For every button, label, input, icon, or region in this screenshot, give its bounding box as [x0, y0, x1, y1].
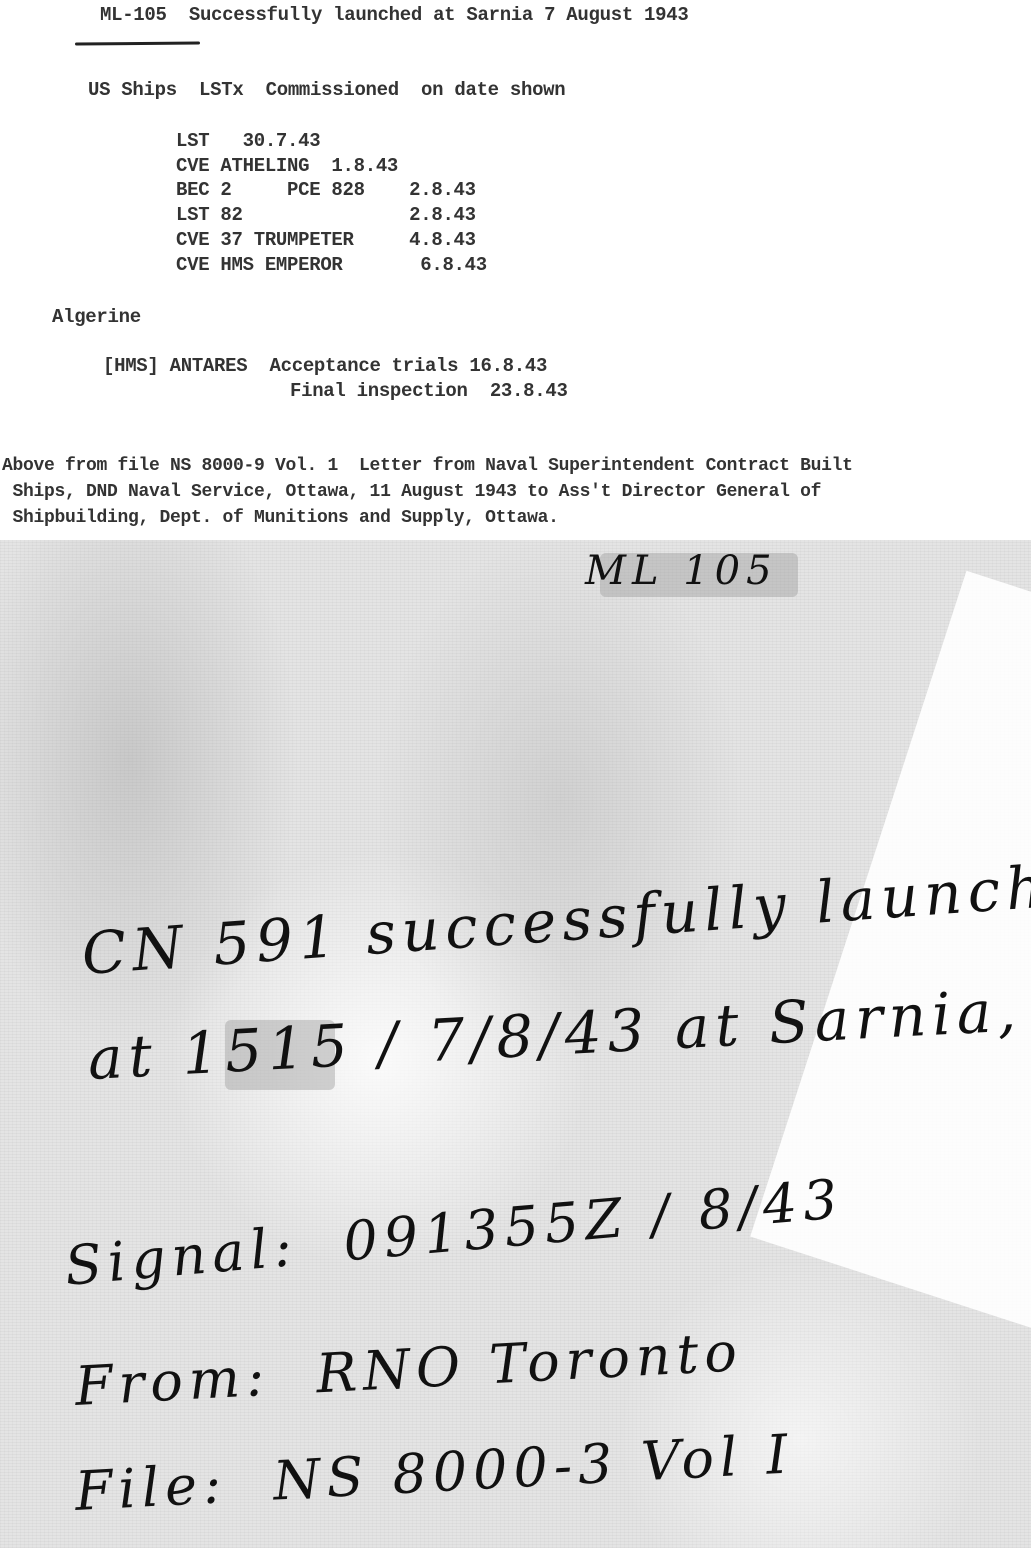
handwritten-label: ML 105 [585, 548, 778, 594]
source-line: Ships, DND Naval Service, Ottawa, 11 Aug… [2, 482, 821, 502]
ship-row: BEC 2 PCE 828 2.8.43 [176, 179, 476, 201]
source-line: Above from file NS 8000-9 Vol. 1 Letter … [2, 456, 853, 476]
ship-row: LST 82 2.8.43 [176, 204, 476, 226]
heading-line: ML-105 Successfully launched at Sarnia 7… [100, 4, 688, 26]
handwritten-underline [75, 41, 200, 45]
heading-id: ML-105 [100, 4, 167, 26]
ship-row: CVE HMS EMPEROR 6.8.43 [176, 254, 487, 276]
ship-row: LST 30.7.43 [176, 130, 320, 152]
source-line: Shipbuilding, Dept. of Munitions and Sup… [2, 508, 559, 528]
antares-final-inspection: Final inspection 23.8.43 [290, 380, 568, 402]
class-heading: Algerine [52, 306, 141, 328]
heading-text: Successfully launched at Sarnia 7 August… [189, 4, 689, 26]
us-ships-heading: US Ships LSTx Commissioned on date shown [88, 79, 565, 101]
antares-acceptance: [HMS] ANTARES Acceptance trials 16.8.43 [103, 355, 547, 377]
ship-row: CVE 37 TRUMPETER 4.8.43 [176, 229, 476, 251]
ship-row: CVE ATHELING 1.8.43 [176, 155, 398, 177]
